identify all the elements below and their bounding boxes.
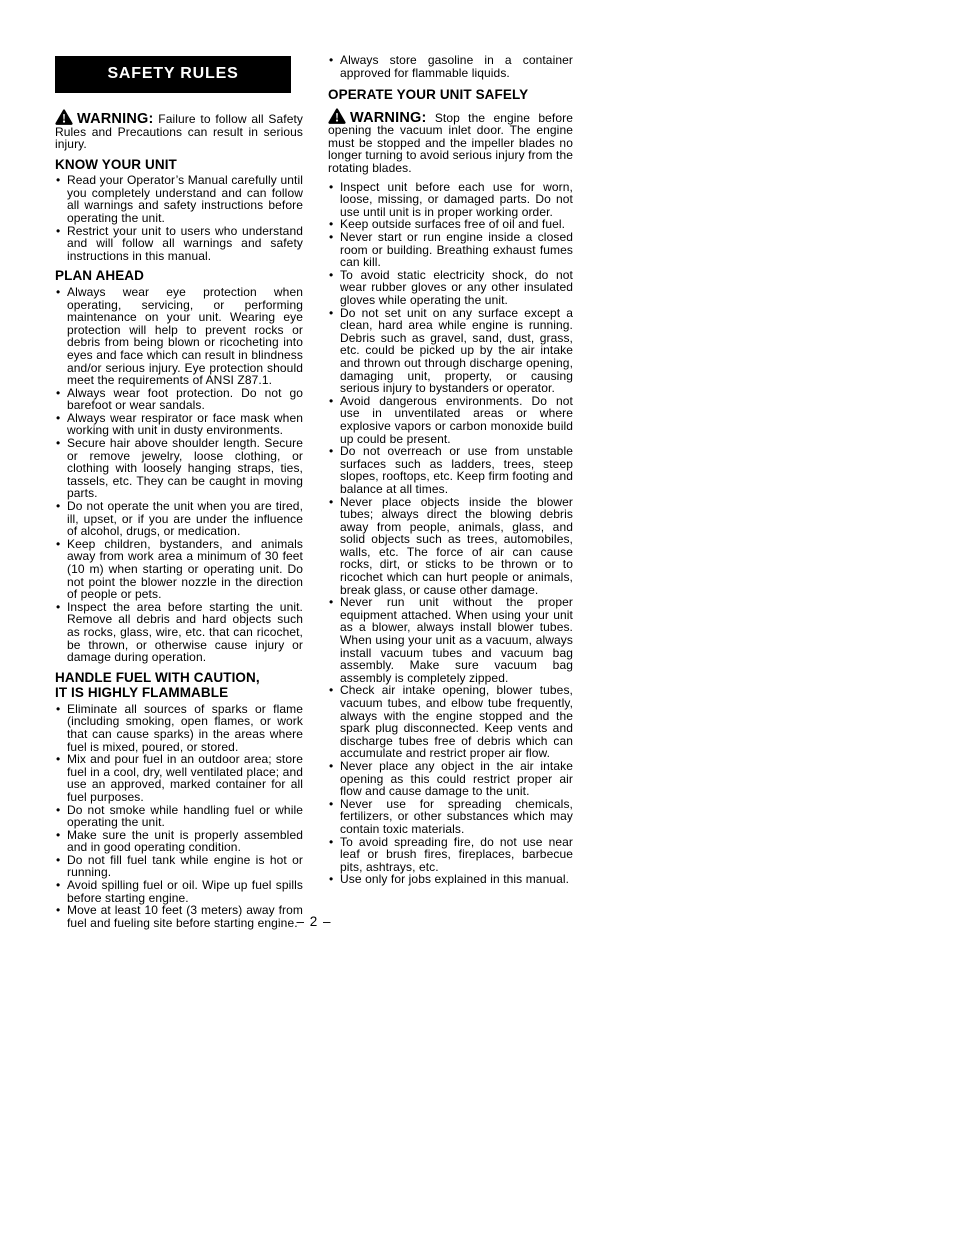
warning-triangle-icon [328,108,346,124]
heading-line: IT IS HIGHLY FLAMMABLE [55,685,303,701]
safety-rule-item: Never place objects inside the blower tu… [328,496,573,597]
safety-rule-item: Never place any object in the air intake… [328,760,573,798]
safety-rule-item: Always wear foot protection. Do not go b… [55,387,303,412]
know-your-unit-list: Read your Operator’s Manual carefully un… [55,174,303,262]
safety-rule-item: Check air intake opening, blower tubes, … [328,684,573,760]
section-heading-plan-ahead: PLAN AHEAD [55,268,303,284]
safety-rule-item: Use only for jobs explained in this manu… [328,873,573,886]
safety-rule-item: Never start or run engine inside a close… [328,231,573,269]
fuel-storage-list: Always store gasoline in a container app… [328,54,573,79]
safety-rule-item: Always wear eye protection when operatin… [55,286,303,387]
two-column-layout: SAFETY RULES WARNING: Failure to follow … [55,54,573,929]
warning-note: WARNING: Stop the engine before opening … [328,108,573,175]
safety-rule-item: Do not set unit on any surface except a … [328,307,573,395]
right-column: Always store gasoline in a container app… [328,54,573,886]
operate-safely-list: Inspect unit before each use for worn, l… [328,181,573,886]
plan-ahead-list: Always wear eye protection when operatin… [55,286,303,664]
manual-page: SAFETY RULES WARNING: Failure to follow … [55,54,573,929]
safety-rule-item: Do not fill fuel tank while engine is ho… [55,854,303,879]
section-heading-know-your-unit: KNOW YOUR UNIT [55,157,303,173]
left-column: SAFETY RULES WARNING: Failure to follow … [55,54,303,929]
safety-rule-item: Do not operate the unit when you are tir… [55,500,303,538]
heading-line: HANDLE FUEL WITH CAUTION, [55,670,303,686]
section-heading-operate-safely: OPERATE YOUR UNIT SAFELY [328,87,573,103]
safety-rule-item: Do not smoke while handling fuel or whil… [55,804,303,829]
safety-rule-item: Mix and pour fuel in an outdoor area; st… [55,753,303,803]
warning-note: WARNING: Failure to follow all Safety Ru… [55,109,303,151]
safety-rule-item: Avoid dangerous environments. Do not use… [328,395,573,445]
safety-rule-item: To avoid static electricity shock, do no… [328,269,573,307]
safety-rule-item: Eliminate all sources of sparks or flame… [55,703,303,753]
safety-rule-item: Inspect unit before each use for worn, l… [328,181,573,219]
safety-rule-item: Never use for spreading chemicals, ferti… [328,798,573,836]
page-title: SAFETY RULES [55,56,291,93]
safety-rule-item: Restrict your unit to users who understa… [55,225,303,263]
safety-rule-item: Secure hair above shoulder length. Secur… [55,437,303,500]
safety-rule-item: Always wear respirator or face mask when… [55,412,303,437]
safety-rule-item: Read your Operator’s Manual carefully un… [55,174,303,224]
safety-rule-item: Avoid spilling fuel or oil. Wipe up fuel… [55,879,303,904]
safety-rule-item: Never run unit without the proper equipm… [328,596,573,684]
safety-rule-item: Make sure the unit is properly assembled… [55,829,303,854]
safety-rule-item: Always store gasoline in a container app… [328,54,573,79]
section-heading-handle-fuel: HANDLE FUEL WITH CAUTION, IT IS HIGHLY F… [55,670,303,701]
page-number: – 2 – [55,914,573,929]
safety-rule-item: Inspect the area before starting the uni… [55,601,303,664]
handle-fuel-list: Eliminate all sources of sparks or flame… [55,703,303,930]
warning-triangle-icon [55,109,73,125]
safety-rule-item: To avoid spreading fire, do not use near… [328,836,573,874]
safety-rule-item: Do not overreach or use from unstable su… [328,445,573,495]
safety-rule-item: Keep children, bystanders, and animals a… [55,538,303,601]
